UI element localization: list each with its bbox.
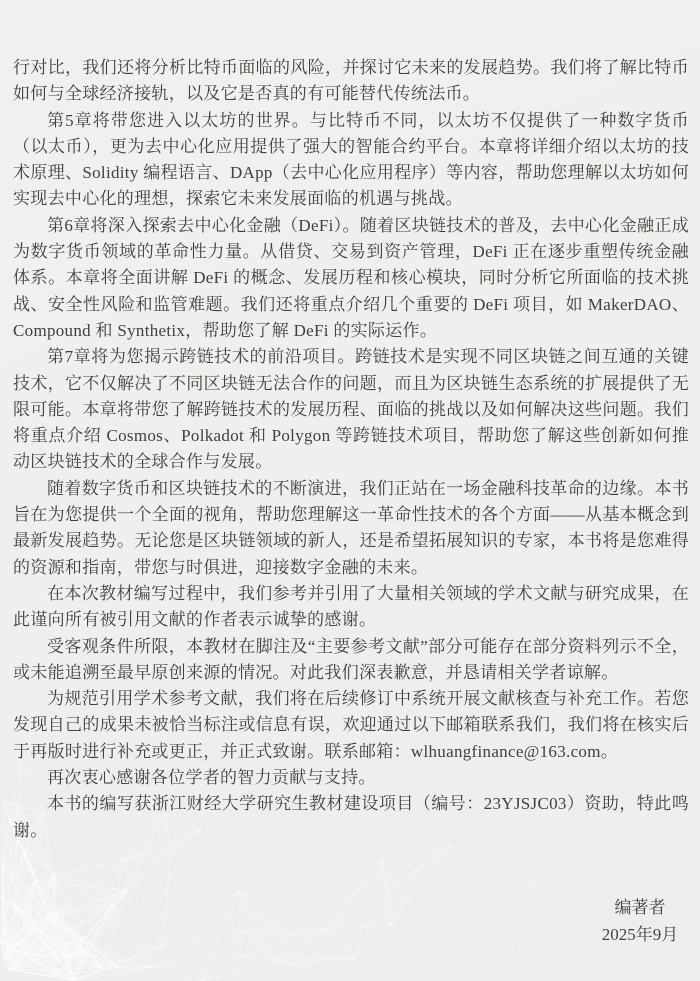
paragraph: 本书的编写获浙江财经大学研究生教材建设项目（编号：23YJSJC03）资助，特此… [13, 791, 689, 844]
body-paragraphs: 行对比，我们还将分析比特币面临的风险，并探讨它未来的发展趋势。我们将了解比特币如… [13, 55, 689, 844]
paragraph: 随着数字货币和区块链技术的不断演进，我们正站在一场金融科技革命的边缘。本书旨在为… [13, 476, 689, 581]
paragraph: 再次衷心感谢各位学者的智力贡献与支持。 [13, 765, 689, 791]
paragraph: 受客观条件所限，本教材在脚注及“主要参考文献”部分可能存在部分资料列示不全，或未… [13, 634, 689, 687]
paragraph: 为规范引用学术参考文献，我们将在后续修订中系统开展文献核查与补充工作。若您发现自… [13, 686, 689, 765]
paragraph: 第5章将带您进入以太坊的世界。与比特币不同，以太坊不仅提供了一种数字货币（以太币… [13, 108, 689, 213]
signature-block: 编著者 2025年9月 [591, 894, 689, 948]
paragraph: 第6章将深入探索去中心化金融（DeFi）。随着区块链技术的普及，去中心化金融正成… [13, 213, 689, 344]
page-content: 行对比，我们还将分析比特币面临的风险，并探讨它未来的发展趋势。我们将了解比特币如… [0, 0, 700, 948]
document-page: 行对比，我们还将分析比特币面临的风险，并探讨它未来的发展趋势。我们将了解比特币如… [0, 0, 700, 981]
paragraph: 第7章将为您揭示跨链技术的前沿项目。跨链技术是实现不同区块链之间互通的关键技术，… [13, 344, 689, 475]
paragraph: 在本次教材编写过程中，我们参考并引用了大量相关领域的学术文献与研究成果，在此谨向… [13, 581, 689, 634]
signature-author: 编著者 [591, 894, 689, 921]
signature-date: 2025年9月 [591, 921, 689, 948]
paragraph: 行对比，我们还将分析比特币面临的风险，并探讨它未来的发展趋势。我们将了解比特币如… [13, 55, 689, 108]
